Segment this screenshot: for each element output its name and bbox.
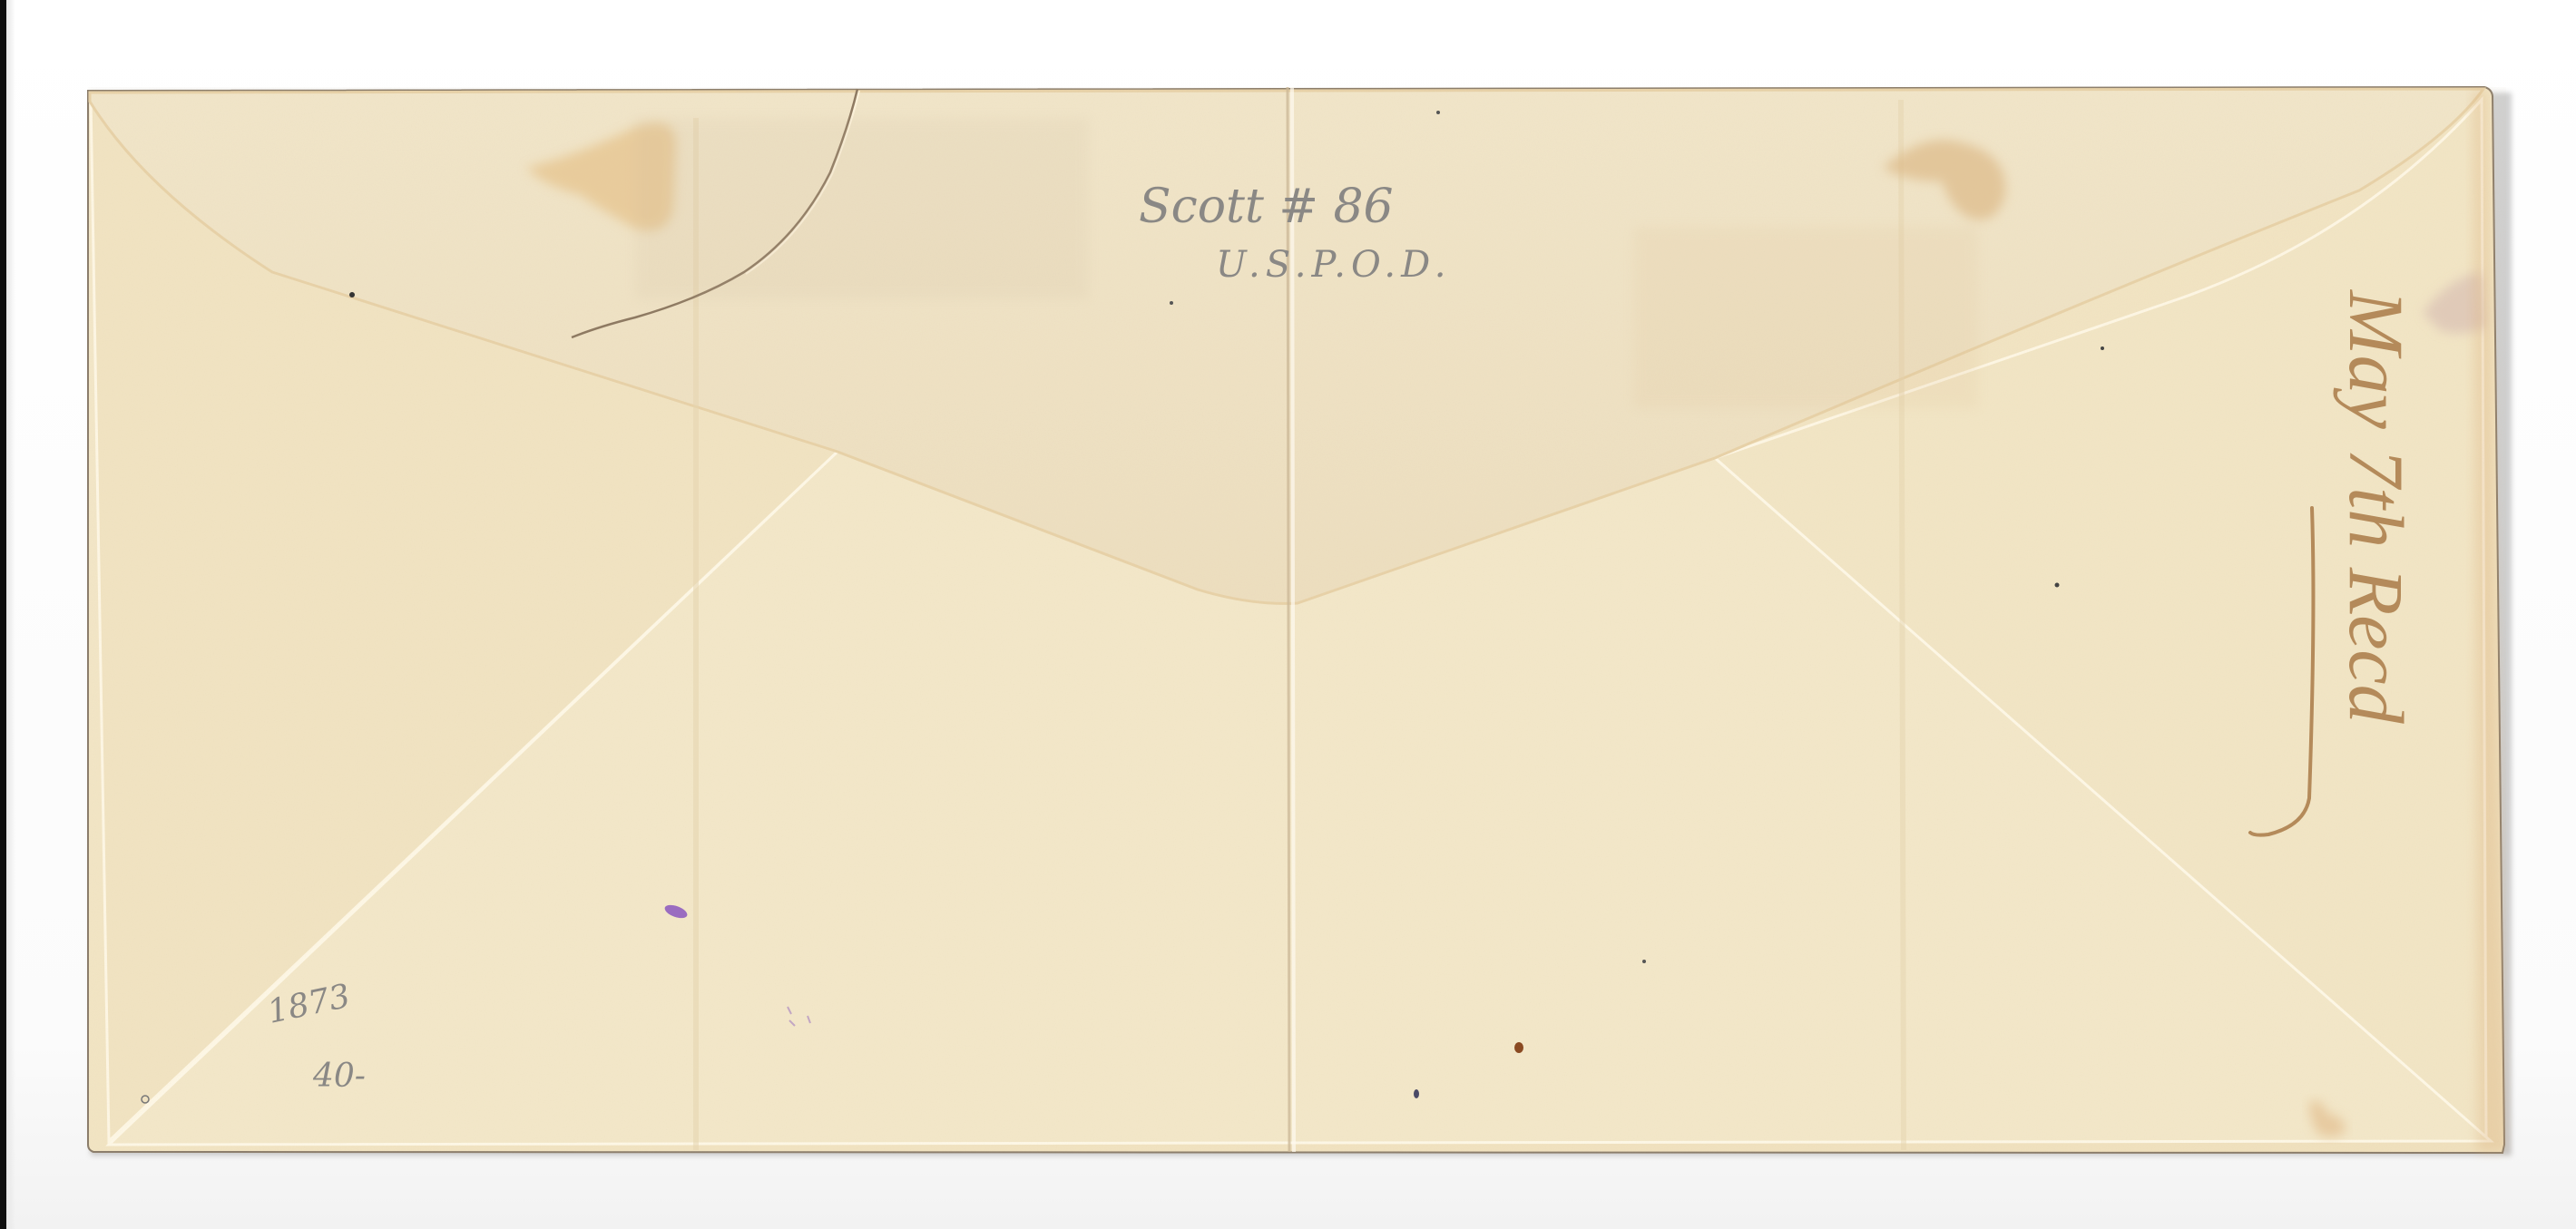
blue-ink-spot <box>1414 1089 1419 1098</box>
docket-text: May 7th Recd <box>2333 288 2420 725</box>
catalog-note-line2: U.S.P.O.D. <box>1216 244 1452 286</box>
catalog-note-line1: Scott # 86 <box>1139 180 1394 234</box>
scan-canvas: Scott # 86 U.S.P.O.D. 1873 40- May 7th R… <box>0 0 2576 1229</box>
date-note-price: 40- <box>312 1058 366 1095</box>
envelope-back: Scott # 86 U.S.P.O.D. 1873 40- May 7th R… <box>0 0 2576 1229</box>
receipt-docket: May 7th Recd <box>2333 288 2420 725</box>
brown-ink-spot <box>1514 1042 1523 1053</box>
